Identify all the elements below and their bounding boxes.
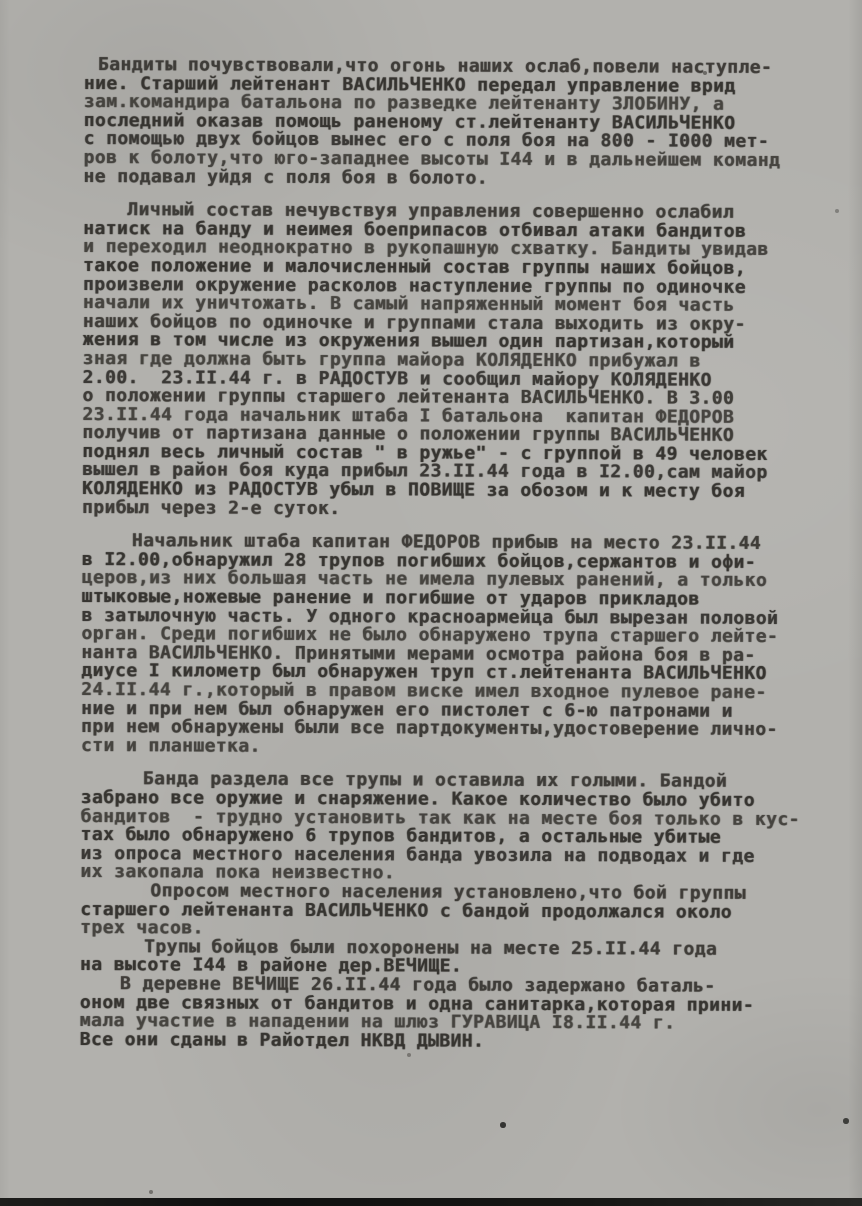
document-line: церов,из них большая часть не имела пуле…: [82, 569, 812, 591]
document-line: В деревне ВЕЧИЩЕ 26.II.44 года было заде…: [80, 975, 810, 997]
paragraph: Личный состав нечувствуя управления сове…: [82, 201, 813, 520]
document-line: Трупы бойцов были похоронены на месте 25…: [80, 938, 810, 960]
document-line: наших бойцов по одиночке и группами стал…: [83, 313, 813, 335]
scan-bottom-edge: [0, 1198, 862, 1206]
document-line: Все они сданы в Райотдел НКВД ДЫВИН.: [80, 1031, 810, 1053]
paper-specks: [0, 0, 2, 2]
document-line: мала участие в нападении на шлюз ГУРАВИЦ…: [80, 1012, 810, 1034]
document-line: прибыл через 2-е суток.: [82, 499, 812, 521]
document-line: бандитов - трудно установить так как на …: [81, 808, 811, 830]
document-line: сти и планшетка.: [81, 737, 811, 759]
document-line: Личный состав нечувствуя управления сове…: [83, 201, 813, 223]
document-line: зам.командира батальона по разведке лейт…: [84, 93, 814, 115]
document-line: Опросом местного населения установлено,ч…: [80, 882, 810, 904]
document-line: Банда раздела все трупы и оставила их го…: [81, 770, 811, 792]
document-line: получив от партизана данные о положении …: [82, 424, 812, 446]
paragraph: Банда раздела все трупы и оставила их го…: [80, 770, 810, 885]
document-line: и переходил неоднократно в рукопашную сх…: [83, 238, 813, 260]
document-line: вышел в район боя куда прибыл 23.II.44 г…: [82, 461, 812, 483]
document-line: не подавал уйдя с поля боя в болото.: [83, 168, 813, 190]
document-line: Начальник штаба капитан ФЕДОРОВ прибыв н…: [82, 532, 812, 554]
document-text-block: Бандиты почувствовали,что огонь наших ос…: [80, 56, 814, 1052]
scanned-document-page: Бандиты почувствовали,что огонь наших ос…: [0, 0, 862, 1206]
paragraph: Бандиты почувствовали,что огонь наших ос…: [83, 56, 814, 189]
document-line: нанта ВАСИЛЬЧЕНКО. Принятыми мерами осмо…: [81, 644, 811, 666]
paragraph: Начальник штаба капитан ФЕДОРОВ прибыв н…: [81, 532, 812, 758]
paragraph: В деревне ВЕЧИЩЕ 26.II.44 года было заде…: [80, 975, 810, 1053]
paragraph: Опросом местного населения установлено,ч…: [80, 882, 810, 941]
document-line: Бандиты почувствовали,что огонь наших ос…: [84, 56, 814, 78]
paragraph: Трупы бойцов были похоронены на месте 25…: [80, 938, 810, 978]
